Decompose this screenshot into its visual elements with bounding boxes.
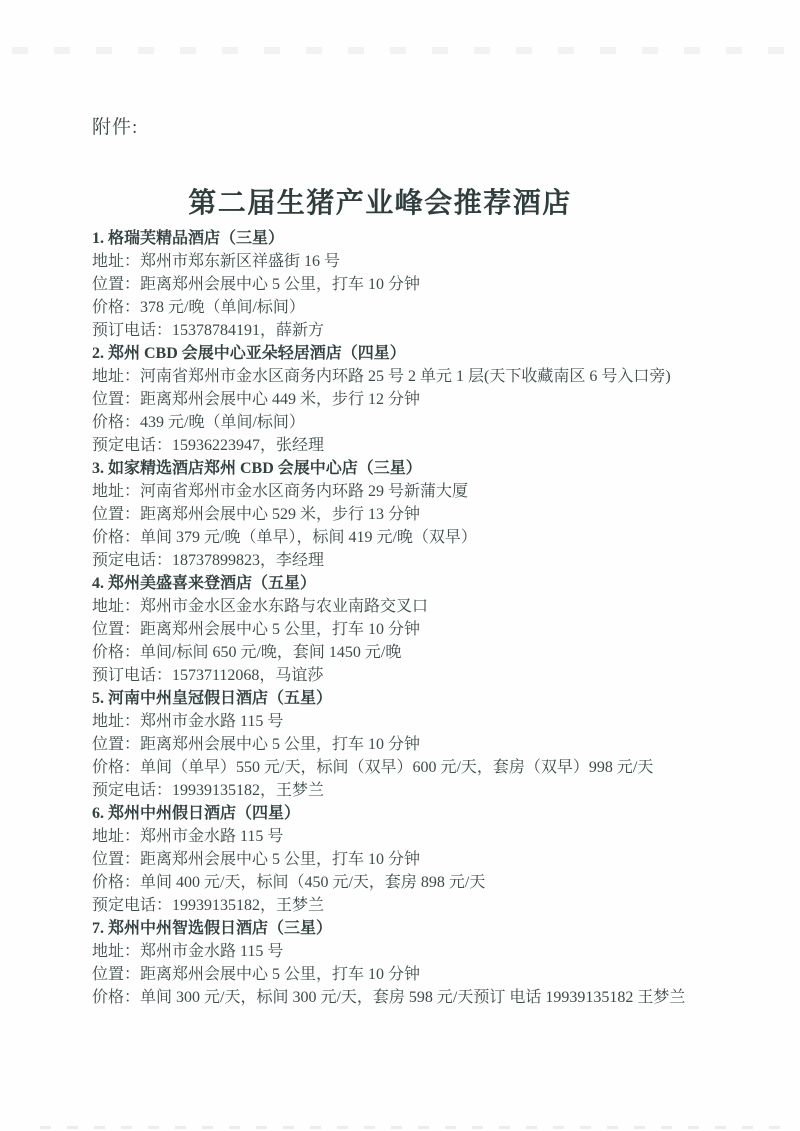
hotel-price: 价格：439 元/晚（单间/标间） (92, 411, 750, 434)
hotel-name: 1. 格瑞芙精品酒店（三星） (92, 227, 750, 250)
hotel-entry: 6. 郑州中州假日酒店（四星） 地址：郑州市金水路 115 号 位置：距离郑州会… (92, 802, 750, 917)
hotel-address: 地址：郑州市金水路 115 号 (92, 940, 750, 963)
hotel-price: 价格：378 元/晚（单间/标间） (92, 296, 750, 319)
hotel-entry: 2. 郑州 CBD 会展中心亚朵轻居酒店（四星） 地址：河南省郑州市金水区商务内… (92, 342, 750, 457)
hotel-address: 地址：郑州市郑东新区祥盛街 16 号 (92, 250, 750, 273)
hotel-phone: 预定电话：18737899823，李经理 (92, 549, 750, 572)
hotel-phone: 预定电话：19939135182，王梦兰 (92, 894, 750, 917)
hotel-address: 地址：郑州市金水路 115 号 (92, 825, 750, 848)
hotel-address: 地址：河南省郑州市金水区商务内环路 25 号 2 单元 1 层(天下收藏南区 6… (92, 365, 750, 388)
hotel-price: 价格：单间（单早）550 元/天，标间（双早）600 元/天，套房（双早）998… (92, 756, 750, 779)
hotel-name: 3. 如家精选酒店郑州 CBD 会展中心店（三星） (92, 457, 750, 480)
hotel-location: 位置：距离郑州会展中心 5 公里，打车 10 分钟 (92, 733, 750, 756)
hotel-entry: 4. 郑州美盛喜来登酒店（五星） 地址：郑州市金水区金水东路与农业南路交叉口 位… (92, 572, 750, 687)
hotel-location: 位置：距离郑州会展中心 529 米，步行 13 分钟 (92, 503, 750, 526)
scan-artifact-bottom (40, 1126, 794, 1129)
scan-artifact-top (12, 47, 792, 54)
hotel-address: 地址：河南省郑州市金水区商务内环路 29 号新蒲大厦 (92, 480, 750, 503)
hotel-phone: 预定电话：15936223947，张经理 (92, 434, 750, 457)
hotel-location: 位置：距离郑州会展中心 5 公里，打车 10 分钟 (92, 273, 750, 296)
hotel-name: 5. 河南中州皇冠假日酒店（五星） (92, 687, 750, 710)
hotel-location: 位置：距离郑州会展中心 5 公里，打车 10 分钟 (92, 618, 750, 641)
hotel-price: 价格：单间 400 元/天，标间（450 元/天，套房 898 元/天 (92, 871, 750, 894)
hotel-entry: 7. 郑州中州智选假日酒店（三星） 地址：郑州市金水路 115 号 位置：距离郑… (92, 917, 750, 1009)
hotel-location: 位置：距离郑州会展中心 449 米，步行 12 分钟 (92, 388, 750, 411)
hotel-price: 价格：单间/标间 650 元/晚，套间 1450 元/晚 (92, 641, 750, 664)
hotel-entry: 5. 河南中州皇冠假日酒店（五星） 地址：郑州市金水路 115 号 位置：距离郑… (92, 687, 750, 802)
hotel-address: 地址：郑州市金水区金水东路与农业南路交叉口 (92, 595, 750, 618)
hotel-entry: 1. 格瑞芙精品酒店（三星） 地址：郑州市郑东新区祥盛街 16 号 位置：距离郑… (92, 227, 750, 342)
hotel-phone: 预订电话：15378784191，薛新方 (92, 319, 750, 342)
hotel-phone: 预订电话：15737112068，马谊莎 (92, 664, 750, 687)
hotel-name: 6. 郑州中州假日酒店（四星） (92, 802, 750, 825)
hotel-price: 价格：单间 379 元/晚（单早），标间 419 元/晚（双早） (92, 526, 750, 549)
scanned-document-page: 附件: 第二届生猪产业峰会推荐酒店 1. 格瑞芙精品酒店（三星） 地址：郑州市郑… (0, 0, 800, 1131)
attachment-label: 附件: (92, 112, 138, 139)
hotel-name: 7. 郑州中州智选假日酒店（三星） (92, 917, 750, 940)
page-title: 第二届生猪产业峰会推荐酒店 (0, 181, 760, 221)
hotel-name: 2. 郑州 CBD 会展中心亚朵轻居酒店（四星） (92, 342, 750, 365)
hotel-entry: 3. 如家精选酒店郑州 CBD 会展中心店（三星） 地址：河南省郑州市金水区商务… (92, 457, 750, 572)
hotel-location: 位置：距离郑州会展中心 5 公里，打车 10 分钟 (92, 848, 750, 871)
hotel-phone: 预定电话：19939135182，王梦兰 (92, 779, 750, 802)
hotel-location: 位置：距离郑州会展中心 5 公里，打车 10 分钟 (92, 963, 750, 986)
hotel-price: 价格：单间 300 元/天，标间 300 元/天，套房 598 元/天预订 电话… (92, 986, 750, 1009)
hotel-name: 4. 郑州美盛喜来登酒店（五星） (92, 572, 750, 595)
hotel-list: 1. 格瑞芙精品酒店（三星） 地址：郑州市郑东新区祥盛街 16 号 位置：距离郑… (92, 227, 750, 1009)
hotel-address: 地址：郑州市金水路 115 号 (92, 710, 750, 733)
